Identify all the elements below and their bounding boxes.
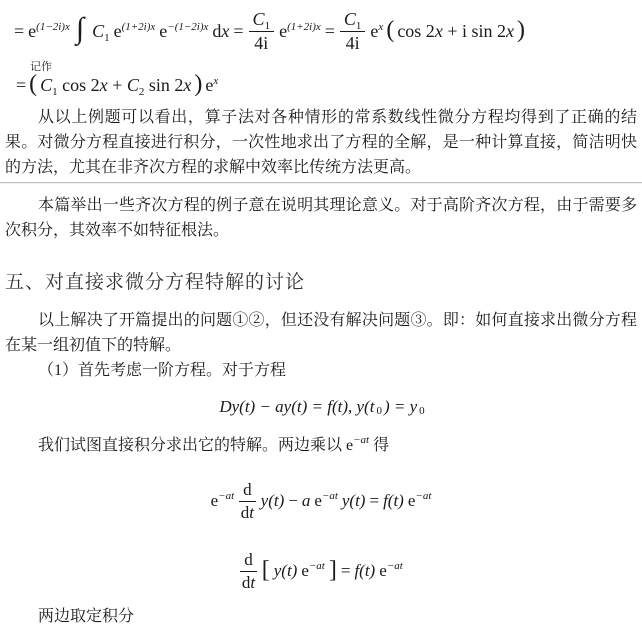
math-subscript: 0 (376, 405, 382, 417)
formula-derivative-product: d dt [ y(t) e−at ] = f(t) e−at (0, 546, 642, 596)
fraction: C1 4i (249, 9, 275, 52)
math-term: = (233, 21, 243, 42)
left-paren: ( (29, 71, 37, 98)
left-paren: ( (386, 17, 394, 44)
fraction-denominator: 4i (346, 32, 360, 53)
left-bracket: [ (262, 557, 270, 584)
document-page: { "colors": { "background": "#ffffff", "… (0, 0, 642, 624)
text-run: 得 (369, 437, 389, 454)
math-term: Dy(t) − ay(t) = f(t), y(t (219, 397, 374, 417)
math-term: e(1−2i)x (28, 21, 70, 42)
math-term: C1 cos 2x + C2 sin 2x (40, 75, 191, 96)
math-term: ) = y (384, 397, 417, 417)
fraction: C1 4i (340, 9, 366, 52)
fraction-numerator: C1 (249, 9, 275, 31)
math-term: a (302, 491, 311, 511)
fraction: d dt (239, 480, 256, 521)
math-term: = (14, 21, 24, 42)
fraction: d dt (240, 550, 257, 591)
math-term: e−at (346, 437, 369, 454)
math-term: e−at (211, 491, 235, 511)
math-term: C1 (92, 21, 110, 42)
math-term: e−at (379, 561, 403, 581)
math-term: y(t) (274, 561, 298, 581)
math-subscript: 0 (419, 405, 425, 417)
fraction-denominator: dt (241, 502, 254, 522)
math-term: cos 2x + i sin 2x (397, 21, 514, 42)
math-term: e−at (301, 561, 325, 581)
math-term: ex (205, 75, 218, 96)
para-first-order: （1）首先考虑一阶方程。对于方程 (0, 358, 642, 383)
para-problem: 以上解决了开篇提出的问题①②，但还没有解决问题③。即：如何直接求出微分方程在某一… (0, 308, 642, 358)
math-term: = (341, 561, 351, 581)
math-term: f(t) (383, 491, 404, 511)
math-term: e(1+2i)x (114, 21, 156, 42)
math-term: = (325, 21, 335, 42)
math-term: ex (370, 21, 383, 42)
math-term: dx (212, 21, 229, 42)
formula-general-solution-line2: 记作 = ( C1 cos 2x + C2 sin 2x ) ex (0, 58, 642, 99)
text-run: 我们试图直接积分求出它的特解。两边乘以 (38, 437, 346, 454)
fraction-denominator: 4i (254, 32, 268, 53)
math-term: y(t) (342, 491, 366, 511)
fraction-numerator: C1 (340, 9, 366, 31)
section-divider (0, 182, 642, 184)
math-term: = (369, 491, 379, 511)
fraction-denominator: dt (242, 572, 255, 592)
formula-multiplied: e−at d dt y(t) − a e−at y(t) = f(t) e−at (0, 476, 642, 526)
right-paren: ) (194, 71, 202, 98)
para-integrate: 两边取定积分 (0, 604, 642, 624)
math-term: e−(1−2i)x (159, 21, 208, 42)
formula-general-solution-line1: = e(1−2i)x ∫ C1 e(1+2i)x e−(1−2i)x dx = … (0, 6, 642, 56)
fraction-numerator: d (240, 550, 257, 571)
right-bracket: ] (329, 557, 337, 584)
section-heading: 五、对直接求微分方程特解的讨论 (0, 269, 642, 297)
math-term: e−at (314, 491, 338, 511)
para-note: 本篇举出一些齐次方程的例子意在说明其理论意义。对于高阶齐次方程，由于需要多次积分… (0, 193, 642, 243)
math-term: e(1+2i)x (279, 21, 321, 42)
formula-first-order-ode: Dy(t) − ay(t) = f(t), y(t0) = y0 (0, 391, 642, 423)
para-observation: 从以上例题可以看出，算子法对各种情形的常系数线性微分方程均得到了正确的结果。对微… (0, 105, 642, 180)
right-paren: ) (517, 17, 525, 44)
math-term: f(t) (354, 561, 375, 581)
math-term: − (288, 491, 298, 511)
integral-sign: ∫ (76, 12, 84, 46)
formula-row: = ( C1 cos 2x + C2 sin 2x ) ex (14, 72, 642, 99)
math-term: = (16, 75, 26, 96)
para-multiply: 我们试图直接积分求出它的特解。两边乘以 e−at 得 (0, 433, 642, 460)
math-term: e−at (408, 491, 432, 511)
page-body: = e(1−2i)x ∫ C1 e(1+2i)x e−(1−2i)x dx = … (0, 0, 642, 624)
fraction-numerator: d (239, 480, 256, 501)
math-term: y(t) (261, 491, 285, 511)
